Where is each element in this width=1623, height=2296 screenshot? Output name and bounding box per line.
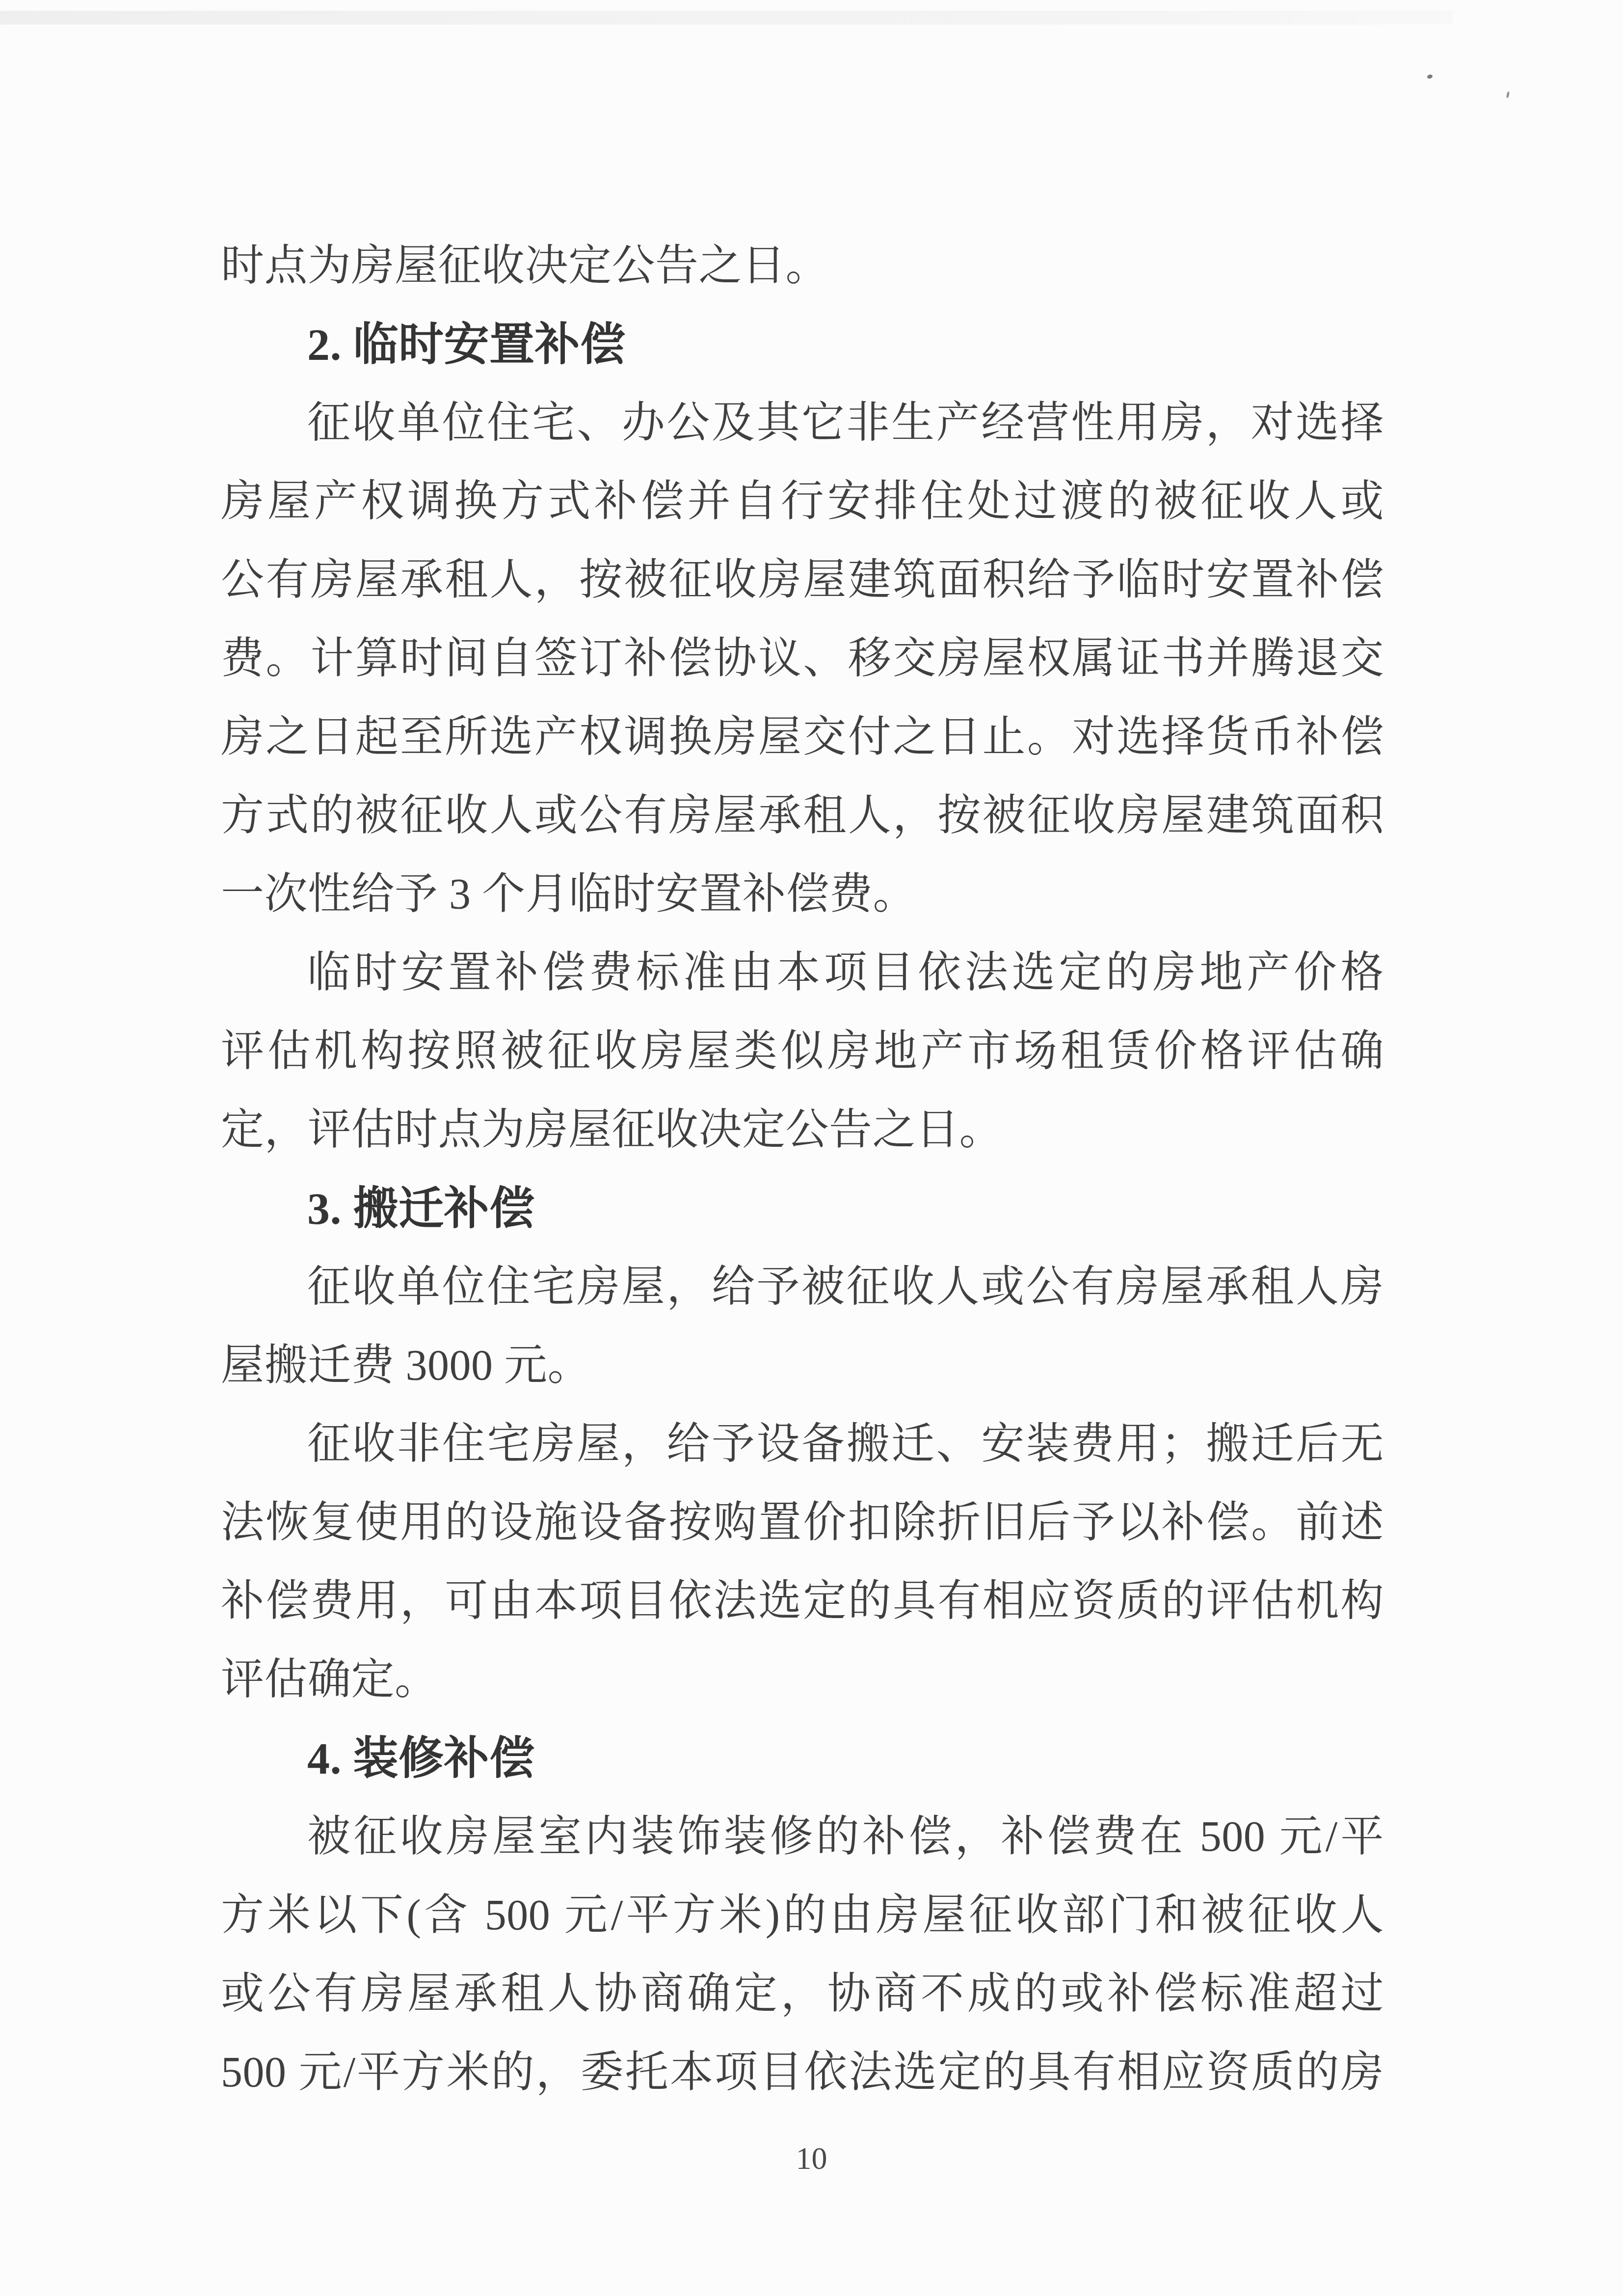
text-line: 时点为房屋征收决定公告之日。 bbox=[221, 227, 1384, 305]
text-line: 方式的被征收人或公有房屋承租人，按被征收房屋建筑面积 bbox=[221, 777, 1384, 855]
text-line: 房之日起至所选产权调换房屋交付之日止。对选择货币补偿 bbox=[221, 698, 1384, 777]
section-heading-temporary-resettlement: 2. 临时安置补偿 bbox=[221, 305, 1384, 384]
text-line: 方米以下(含 500 元/平方米)的由房屋征收部门和被征收人 bbox=[221, 1876, 1384, 1955]
text-line: 定，评估时点为房屋征收决定公告之日。 bbox=[221, 1091, 1384, 1169]
text-line: 费。计算时间自签订补偿协议、移交房屋权属证书并腾退交 bbox=[221, 620, 1384, 698]
text-line: 公有房屋承租人，按被征收房屋建筑面积给予临时安置补偿 bbox=[221, 541, 1384, 620]
text-line: 征收单位住宅房屋，给予被征收人或公有房屋承租人房 bbox=[221, 1248, 1384, 1326]
section-heading-renovation-compensation: 4. 装修补偿 bbox=[221, 1719, 1384, 1798]
text-line: 评估机构按照被征收房屋类似房地产市场租赁价格评估确 bbox=[221, 1012, 1384, 1091]
text-line: 征收非住宅房屋，给予设备搬迁、安装费用；搬迁后无 bbox=[221, 1405, 1384, 1484]
text-line: 房屋产权调换方式补偿并自行安排住处过渡的被征收人或 bbox=[221, 462, 1384, 541]
scan-speck bbox=[1506, 91, 1510, 99]
text-line: 补偿费用，可由本项目依法选定的具有相应资质的评估机构 bbox=[221, 1562, 1384, 1641]
section-heading-moving-compensation: 3. 搬迁补偿 bbox=[221, 1169, 1384, 1248]
text-line: 法恢复使用的设施设备按购置价扣除折旧后予以补偿。前述 bbox=[221, 1484, 1384, 1562]
text-line: 500 元/平方米的，委托本项目依法选定的具有相应资质的房 bbox=[221, 2033, 1384, 2112]
text-line: 屋搬迁费 3000 元。 bbox=[221, 1326, 1384, 1405]
document-body: 时点为房屋征收决定公告之日。 2. 临时安置补偿 征收单位住宅、办公及其它非生产… bbox=[221, 227, 1384, 2112]
text-line: 或公有房屋承租人协商确定，协商不成的或补偿标准超过 bbox=[221, 1955, 1384, 2033]
text-line: 征收单位住宅、办公及其它非生产经营性用房，对选择 bbox=[221, 384, 1384, 462]
page-number: 10 bbox=[0, 2136, 1623, 2181]
text-line: 临时安置补偿费标准由本项目依法选定的房地产价格 bbox=[221, 934, 1384, 1012]
text-line: 被征收房屋室内装饰装修的补偿，补偿费在 500 元/平 bbox=[221, 1798, 1384, 1876]
document-page: 时点为房屋征收决定公告之日。 2. 临时安置补偿 征收单位住宅、办公及其它非生产… bbox=[0, 0, 1623, 2296]
text-line: 评估确定。 bbox=[221, 1641, 1384, 1719]
scan-speck bbox=[1427, 74, 1433, 80]
scan-edge-streak bbox=[0, 11, 1453, 25]
text-line: 一次性给予 3 个月临时安置补偿费。 bbox=[221, 855, 1384, 934]
